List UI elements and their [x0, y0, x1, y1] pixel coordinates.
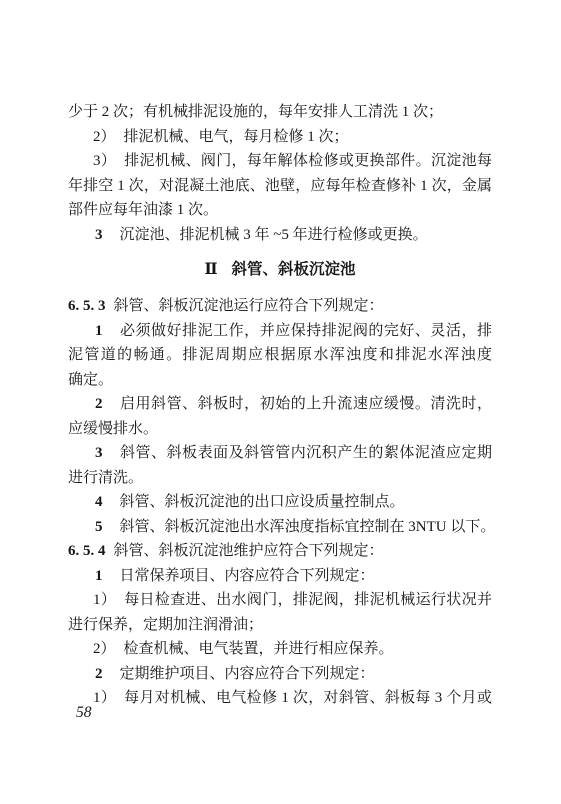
line-text: 进行保养，定期加注润滑油；	[68, 617, 263, 633]
text-line: 1）每月对机械、电气检修 1 次，对斜管、斜板每 3 个月或	[68, 686, 492, 711]
text-line: 1日常保养项目、内容应符合下列规定：	[68, 564, 492, 589]
line-text: 斜管、斜板沉淀池的出口应设质量控制点。	[120, 494, 405, 510]
line-text: 每月对机械、电气检修 1 次，对斜管、斜板每 3 个月或	[124, 690, 492, 706]
text-line: 4斜管、斜板沉淀池的出口应设质量控制点。	[68, 490, 492, 515]
line-text: 启用斜管、斜板时，初始的上升流速应缓慢。清洗时，	[120, 396, 493, 412]
text-line: 2）排泥机械、电气，每月检修 1 次；	[68, 125, 492, 150]
clause-number: 6. 5. 3	[68, 298, 106, 314]
item-number: 4	[95, 494, 103, 510]
text-line: 6. 5. 3斜管、斜板沉淀池运行应符合下列规定：	[68, 294, 492, 319]
text-line: 年排空 1 次，对混凝土池底、池壁，应每年检查修补 1 次，金属	[68, 174, 492, 199]
heading-numeral: Ⅱ	[204, 261, 217, 278]
page-number: 58	[76, 703, 92, 723]
line-text: 斜管、斜板沉淀池出水浑浊度指标宜控制在 3NTU 以下。	[120, 519, 496, 535]
line-text: 定期维护项目、内容应符合下列规定：	[120, 666, 375, 682]
text-line: 5斜管、斜板沉淀池出水浑浊度指标宜控制在 3NTU 以下。	[68, 515, 492, 540]
text-line: 1）每日检查进、出水阀门，排泥阀，排泥机械运行状况并	[68, 588, 492, 613]
text-block: 少于 2 次；有机械排泥设施的，每年安排人工清洗 1 次； 2）排泥机械、电气，…	[68, 100, 492, 711]
text-line: 进行保养，定期加注润滑油；	[68, 613, 492, 638]
line-text: 必须做好排泥工作，并应保持排泥阀的完好、灵活，排	[120, 323, 493, 339]
line-text: 斜管、斜板沉淀池维护应符合下列规定：	[114, 543, 384, 559]
text-line: 6. 5. 4斜管、斜板沉淀池维护应符合下列规定：	[68, 539, 492, 564]
clause-number: 6. 5. 4	[68, 543, 106, 559]
subitem-number: 2）	[93, 641, 116, 657]
item-number: 2	[95, 396, 103, 412]
line-text: 确定。	[68, 372, 113, 388]
text-line: 3斜管、斜板表面及斜管管内沉积产生的絮体泥渣应定期	[68, 441, 492, 466]
section-heading: Ⅱ斜管、斜板沉淀池	[68, 257, 492, 282]
subitem-number: 1）	[93, 690, 116, 706]
line-text: 每日检查进、出水阀门，排泥阀，排泥机械运行状况并	[124, 592, 492, 608]
text-line: 应缓慢排水。	[68, 417, 492, 442]
item-number: 3	[95, 227, 103, 243]
item-number: 5	[95, 519, 103, 535]
subitem-number: 3）	[93, 153, 116, 169]
line-text: 年排空 1 次，对混凝土池底、池壁，应每年检查修补 1 次，金属	[68, 178, 492, 194]
text-line: 3沉淀池、排泥机械 3 年 ~5 年进行检修或更换。	[68, 223, 492, 248]
line-text: 沉淀池、排泥机械 3 年 ~5 年进行检修或更换。	[120, 227, 428, 243]
text-line: 2）检查机械、电气装置，并进行相应保养。	[68, 637, 492, 662]
text-line: 部件应每年油漆 1 次。	[68, 198, 492, 223]
line-text: 部件应每年油漆 1 次。	[68, 202, 218, 218]
line-text: 日常保养项目、内容应符合下列规定：	[120, 568, 375, 584]
document-page: 少于 2 次；有机械排泥设施的，每年安排人工清洗 1 次； 2）排泥机械、电气，…	[0, 0, 561, 804]
item-number: 1	[95, 323, 103, 339]
item-number: 1	[95, 568, 103, 584]
item-number: 3	[95, 445, 103, 461]
line-text: 进行清洗。	[68, 470, 143, 486]
text-line: 泥管道的畅通。排泥周期应根据原水浑浊度和排泥水浑浊度	[68, 343, 492, 368]
line-text: 泥管道的畅通。排泥周期应根据原水浑浊度和排泥水浑浊度	[68, 347, 492, 363]
text-line: 进行清洗。	[68, 466, 492, 491]
line-text: 检查机械、电气装置，并进行相应保养。	[124, 641, 394, 657]
heading-title: 斜管、斜板沉淀池	[232, 261, 356, 278]
line-text: 斜管、斜板表面及斜管管内沉积产生的絮体泥渣应定期	[120, 445, 493, 461]
line-text: 应缓慢排水。	[68, 421, 158, 437]
subitem-number: 1）	[93, 592, 116, 608]
text-line: 2定期维护项目、内容应符合下列规定：	[68, 662, 492, 687]
text-line: 确定。	[68, 368, 492, 393]
subitem-number: 2）	[93, 129, 116, 145]
line-text: 排泥机械、电气，每月检修 1 次；	[124, 129, 349, 145]
line-text: 斜管、斜板沉淀池运行应符合下列规定：	[114, 298, 384, 314]
text-line: 2启用斜管、斜板时，初始的上升流速应缓慢。清洗时，	[68, 392, 492, 417]
text-line: 少于 2 次；有机械排泥设施的，每年安排人工清洗 1 次；	[68, 100, 492, 125]
text-line: 1必须做好排泥工作，并应保持排泥阀的完好、灵活，排	[68, 319, 492, 344]
item-number: 2	[95, 666, 103, 682]
text-line: 3）排泥机械、阀门，每年解体检修或更换部件。沉淀池每	[68, 149, 492, 174]
line-text: 少于 2 次；有机械排泥设施的，每年安排人工清洗 1 次；	[68, 104, 443, 120]
line-text: 排泥机械、阀门，每年解体检修或更换部件。沉淀池每	[124, 153, 492, 169]
